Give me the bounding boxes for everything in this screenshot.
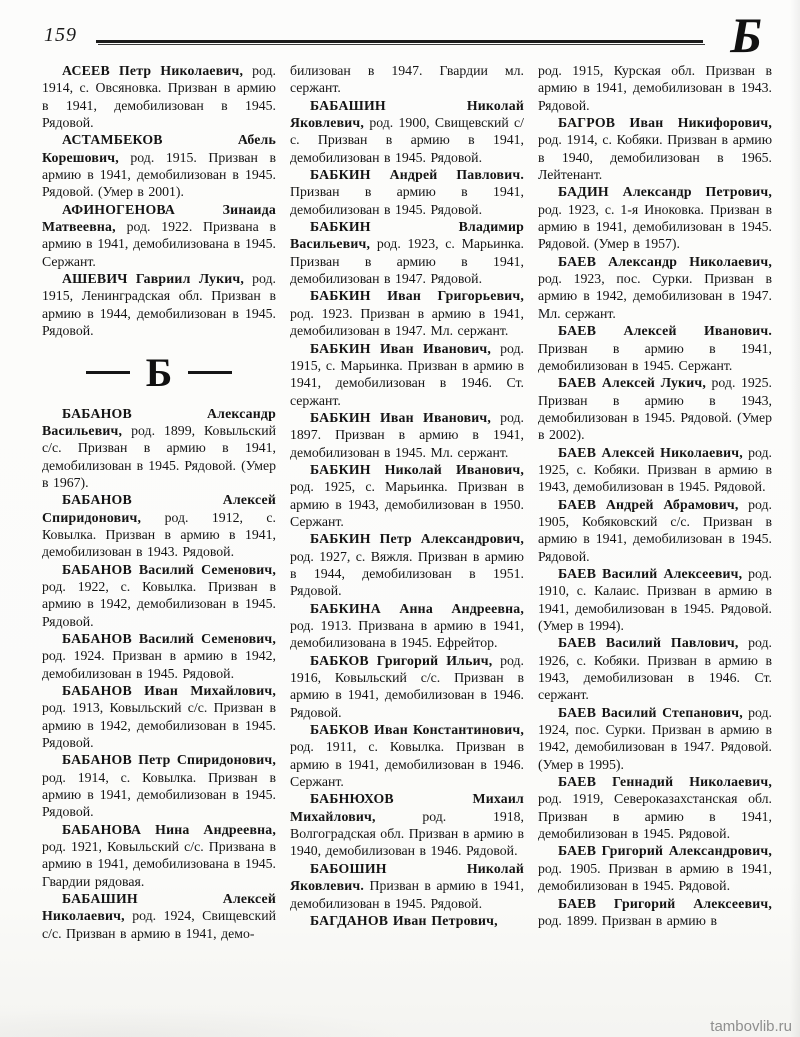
entry-name: БАЕВ Василий Алексеевич, [558, 566, 742, 581]
entry-name: БАБКИН Петр Александрович, [310, 531, 524, 546]
entry-name: БАБАНОВ Александр Васильевич, [42, 406, 276, 438]
entry: БАГДАНОВ Иван Петрович, [290, 912, 524, 929]
entry: БАБКОВ Иван Константинович, род. 1911, с… [290, 721, 524, 790]
scan-smudge [0, 1007, 420, 1037]
entry-name: БАБАШИН Алексей Николаевич, [42, 891, 276, 923]
entry-name: БАЕВ Алексей Иванович. [558, 323, 772, 338]
entry: БАБКИН Иван Иванович, род. 1915, с. Марь… [290, 340, 524, 409]
entry: АСТАМБЕКОВ Абель Корешович, род. 1915. П… [42, 131, 276, 200]
entry-name: БАЕВ Александр Николаевич, [558, 254, 772, 269]
page-header: 159 Б [0, 0, 800, 60]
entry: БАЕВ Геннадий Николаевич, род. 1919, Сев… [538, 773, 772, 842]
entry: БАЕВ Григорий Александрович, род. 1905. … [538, 842, 772, 894]
entry: БАБКОВ Григорий Ильич, род. 1916, Ковыль… [290, 652, 524, 721]
entry: АСЕЕВ Петр Николаевич, род. 1914, с. Овс… [42, 62, 276, 131]
entry: БАБКИН Иван Иванович, род. 1897. Призван… [290, 409, 524, 461]
entry-name: АСЕЕВ Петр Николаевич, [62, 63, 243, 78]
book-page: 159 Б АСЕЕВ Петр Николаевич, род. 1914, … [0, 0, 800, 1037]
entry-name: АСТАМБЕКОВ Абель Корешович, [42, 132, 276, 164]
entry: БАБКИН Иван Григорьевич, род. 1923. Приз… [290, 287, 524, 339]
column-2: билизован в 1947. Гвардии мл. сержант.БА… [290, 62, 524, 942]
entry: БАЕВ Андрей Абрамович, род. 1905, Кобяко… [538, 496, 772, 565]
entry-name: БАБКОВ Григорий Ильич, [310, 653, 492, 668]
entry-name: БАБКИН Владимир Васильевич, [290, 219, 524, 251]
entry-name: АФИНОГЕНОВА Зинаида Матвеевна, [42, 202, 276, 234]
entry: БАДИН Александр Петрович, род. 1923, с. … [538, 183, 772, 252]
entry-name: БАГРОВ Иван Никифорович, [558, 115, 772, 130]
entry-name: БАБНЮХОВ Михаил Михайлович, [290, 791, 524, 823]
entry: БАЕВ Григорий Алексеевич, род. 1899. При… [538, 895, 772, 930]
entry-name: БАДИН Александр Петрович, [558, 184, 772, 199]
entry: БАБАНОВ Василий Семенович, род. 1924. Пр… [42, 630, 276, 682]
entry-name: БАБКИН Иван Григорьевич, [310, 288, 524, 303]
entry: БАЕВ Василий Павлович, род. 1926, с. Коб… [538, 634, 772, 703]
entry-name: БАГДАНОВ Иван Петрович, [310, 913, 498, 928]
page-number: 159 [44, 24, 77, 47]
entry: БАЕВ Алексей Лукич, род. 1925. Призван в… [538, 374, 772, 443]
entry-name: БАБАНОВ Василий Семенович, [62, 631, 276, 646]
section-letter: Б [730, 10, 762, 60]
entry: БАБКИН Николай Иванович, род. 1925, с. М… [290, 461, 524, 530]
entry-name: БАЕВ Алексей Лукич, [558, 375, 706, 390]
entry-continuation: билизован в 1947. Гвардии мл. сержант. [290, 62, 524, 97]
entry-name: БАЕВ Андрей Абрамович, [558, 497, 739, 512]
entry: БАБАНОВ Петр Спиридонович, род. 1914, с.… [42, 751, 276, 820]
header-rule [96, 40, 703, 43]
entry: БАБОШИН Николай Яковлевич. Призван в арм… [290, 860, 524, 912]
entry-name: БАБАНОВ Василий Семенович, [62, 562, 276, 577]
entry: БАЕВ Василий Алексеевич, род. 1910, с. К… [538, 565, 772, 634]
columns: АСЕЕВ Петр Николаевич, род. 1914, с. Овс… [42, 62, 772, 942]
entry: БАБКИН Владимир Васильевич, род. 1923, с… [290, 218, 524, 287]
column-1: АСЕЕВ Петр Николаевич, род. 1914, с. Овс… [42, 62, 276, 942]
entry: БАБАНОВ Василий Семенович, род. 1922, с.… [42, 561, 276, 630]
section-letter-divider: Б [42, 353, 276, 393]
entry-name: АШЕВИЧ Гавриил Лукич, [62, 271, 244, 286]
entry: БАБАШИН Николай Яковлевич, род. 1900, Св… [290, 97, 524, 166]
entry-name: БАБАШИН Николай Яковлевич, [290, 98, 524, 130]
entry-name: БАЕВ Геннадий Николаевич, [558, 774, 772, 789]
entry-name: БАЕВ Григорий Александрович, [558, 843, 772, 858]
entry: БАЕВ Алексей Николаевич, род. 1925, с. К… [538, 444, 772, 496]
divider-letter: Б [146, 355, 172, 391]
column-3: род. 1915, Курская обл. Призван в армию … [538, 62, 772, 942]
entry-name: БАБКИН Николай Иванович, [310, 462, 524, 477]
watermark: tambovlib.ru [710, 1018, 792, 1035]
entry: АШЕВИЧ Гавриил Лукич, род. 1915, Ленингр… [42, 270, 276, 339]
entry-name: БАБАНОВ Алексей Спиридонович, [42, 492, 276, 524]
entry-name: БАБАНОВА Нина Андреевна, [62, 822, 276, 837]
entry-name: БАБОШИН Николай Яковлевич. [290, 861, 524, 893]
entry-name: БАЕВ Василий Павлович, [558, 635, 739, 650]
entry-name: БАЕВ Григорий Алексеевич, [558, 896, 772, 911]
entry: АФИНОГЕНОВА Зинаида Матвеевна, род. 1922… [42, 201, 276, 270]
divider-dash [188, 371, 232, 374]
entry: БАЕВ Алексей Иванович. Призван в армию в… [538, 322, 772, 374]
entry: БАБАНОВ Алексей Спиридонович, род. 1912,… [42, 491, 276, 560]
divider-dash [86, 371, 130, 374]
entry: БАБКИНА Анна Андреевна, род. 1913. Призв… [290, 600, 524, 652]
entry: БАБАНОВ Александр Васильевич, род. 1899,… [42, 405, 276, 492]
entry-name: БАБКИН Андрей Павлович. [310, 167, 524, 182]
entry: БАБКИН Андрей Павлович. Призван в армию … [290, 166, 524, 218]
entry-name: БАБАНОВ Иван Михайлович, [62, 683, 276, 698]
entry-name: БАБКИН Иван Иванович, [310, 341, 491, 356]
entry-continuation: род. 1915, Курская обл. Призван в армию … [538, 62, 772, 114]
entry-name: БАБКИНА Анна Андреевна, [310, 601, 524, 616]
entry-name: БАЕВ Василий Степанович, [558, 705, 743, 720]
entry: БАБКИН Петр Александрович, род. 1927, с.… [290, 530, 524, 599]
entry-name: БАБКИН Иван Иванович, [310, 410, 491, 425]
entry: БАЕВ Александр Николаевич, род. 1923, по… [538, 253, 772, 322]
entry: БАБАНОВА Нина Андреевна, род. 1921, Ковы… [42, 821, 276, 890]
entry: БАБАШИН Алексей Николаевич, род. 1924, С… [42, 890, 276, 942]
entry-name: БАЕВ Алексей Николаевич, [558, 445, 743, 460]
entry: БАБНЮХОВ Михаил Михайлович, род. 1918, В… [290, 790, 524, 859]
entry: БАЕВ Василий Степанович, род. 1924, пос.… [538, 704, 772, 773]
entry: БАБАНОВ Иван Михайлович, род. 1913, Ковы… [42, 682, 276, 751]
entry-name: БАБКОВ Иван Константинович, [310, 722, 524, 737]
entry: БАГРОВ Иван Никифорович, род. 1914, с. К… [538, 114, 772, 183]
entry-name: БАБАНОВ Петр Спиридонович, [62, 752, 276, 767]
